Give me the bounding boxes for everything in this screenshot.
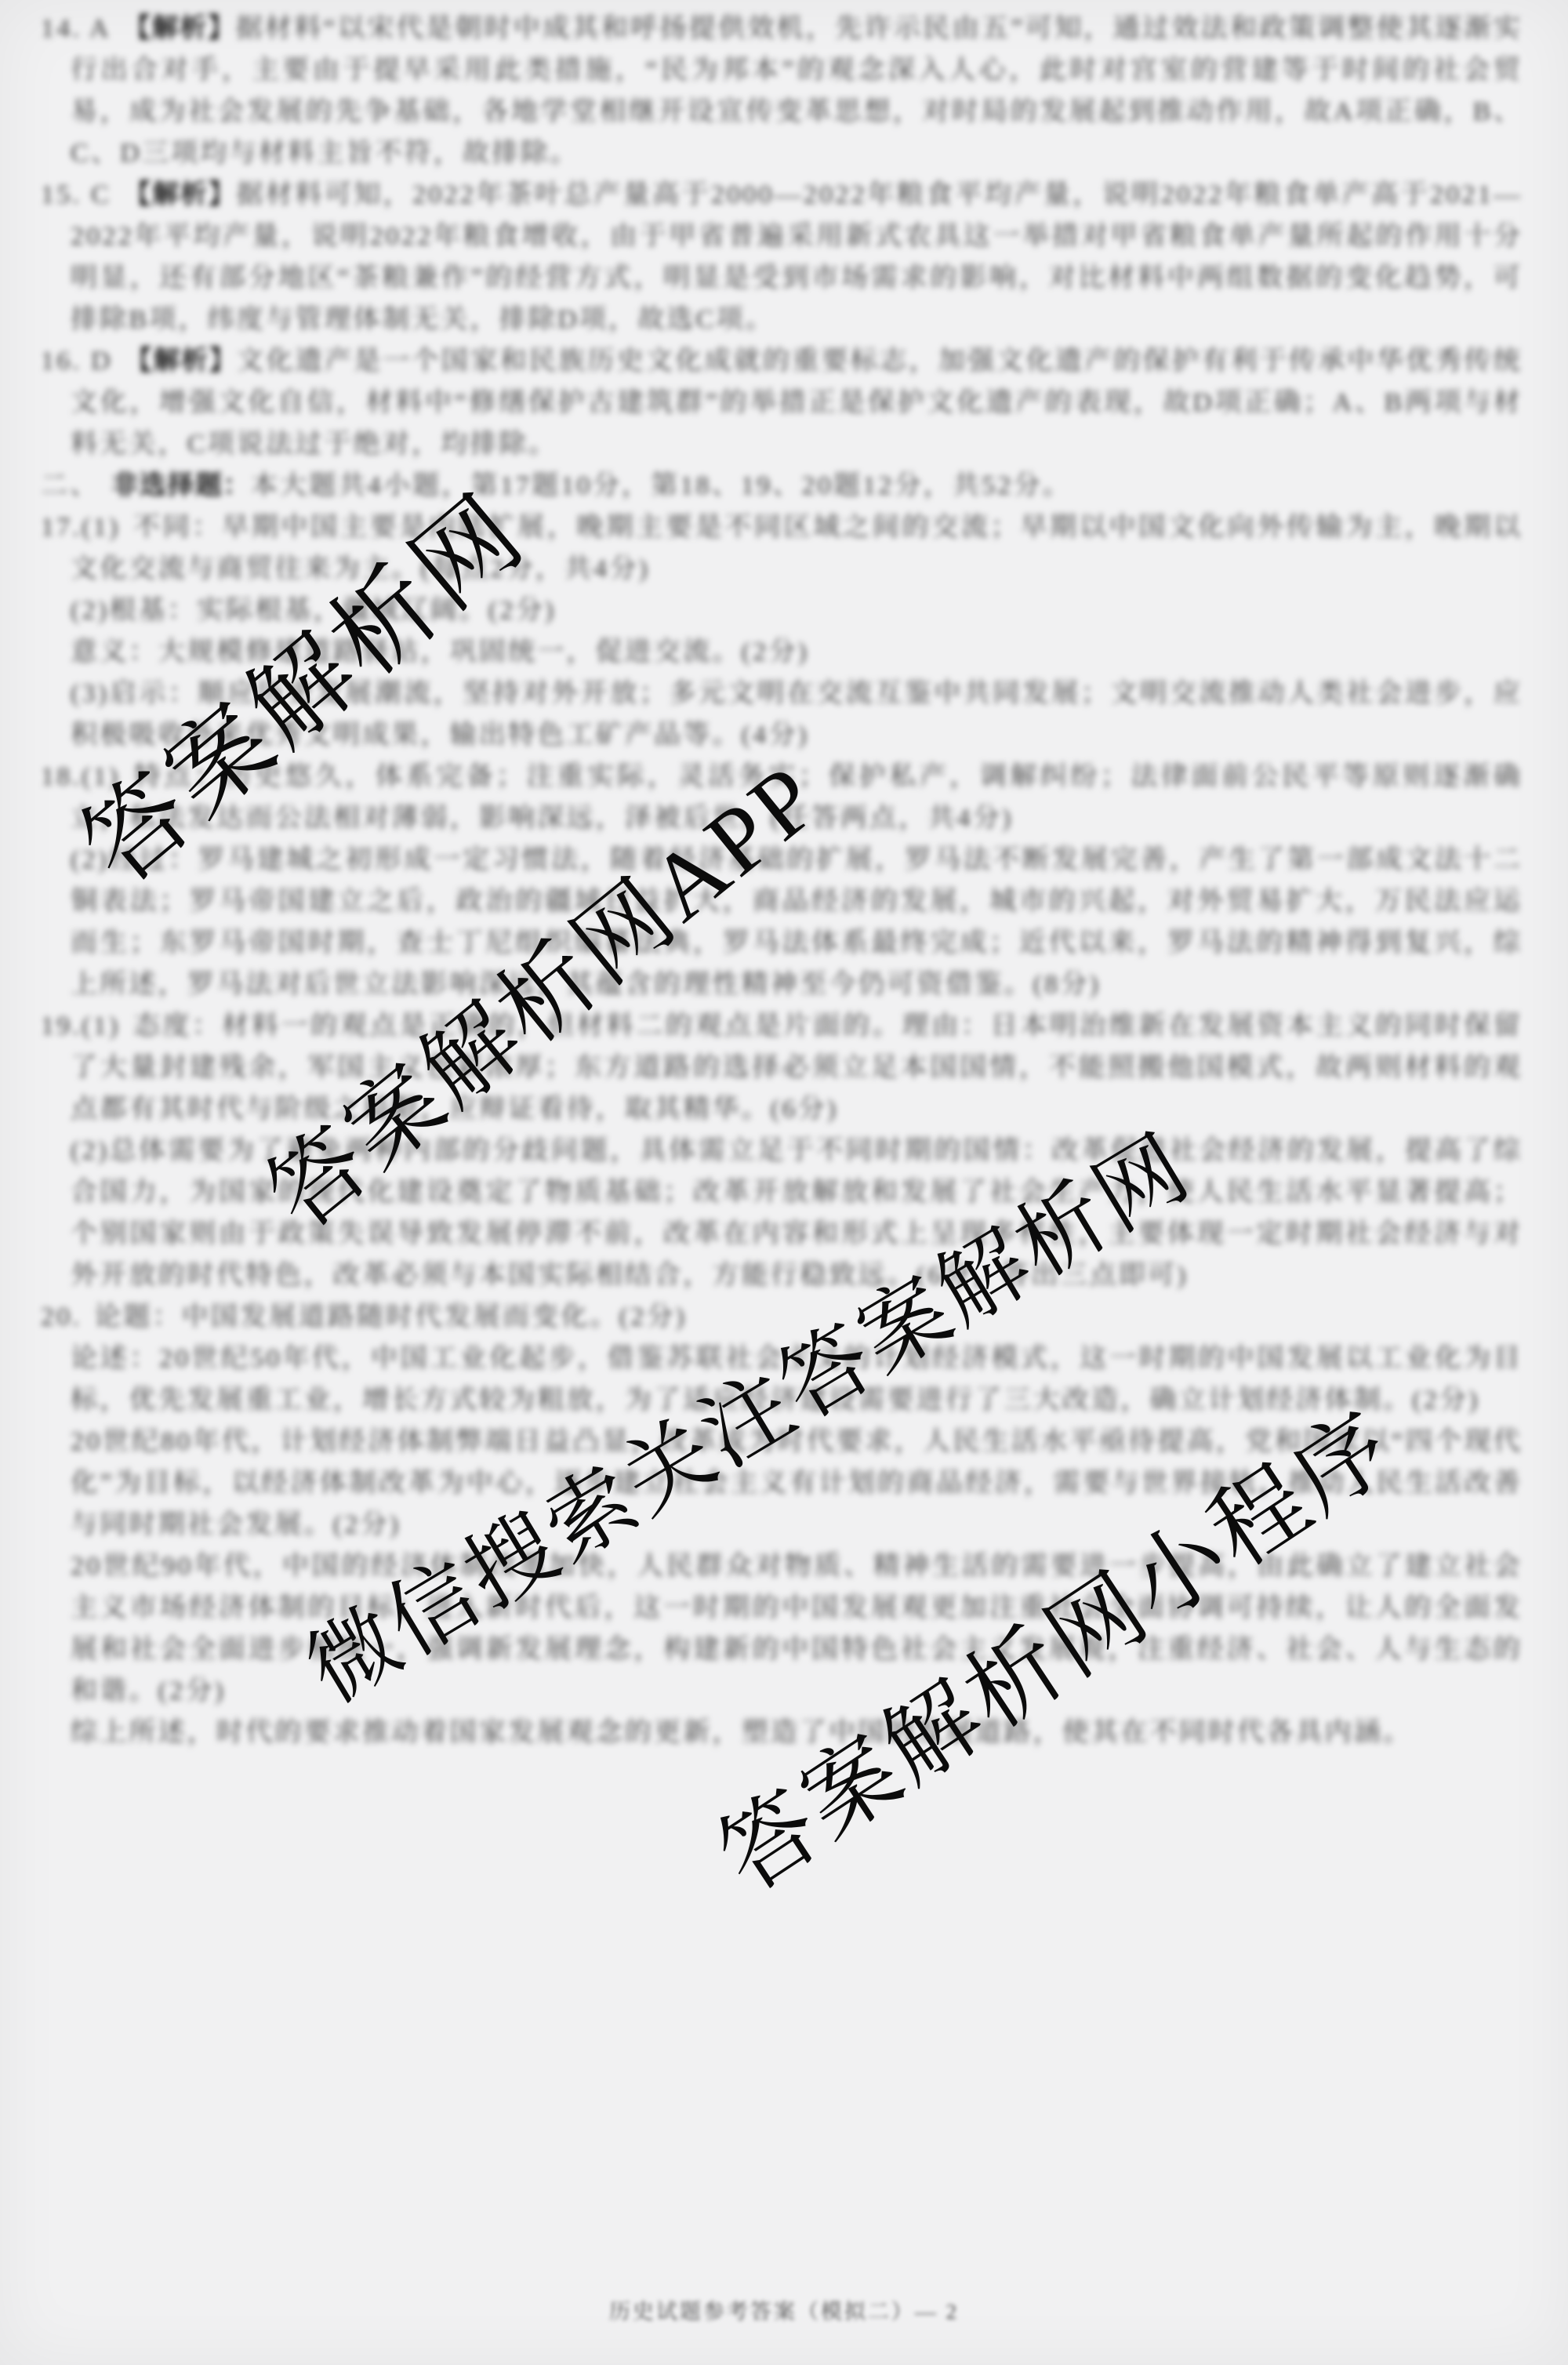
blurred-text: 论题：中国发展道路随时代发展而变化。(2分) [94,1302,687,1331]
answer-paragraph: 19.(1)态度：材料一的观点是正确的，但材料二的观点是片面的。理由：日本明治维… [41,1005,1523,1130]
answer-paragraph: 14. A【解析】据材料“以宋代是朝时中成其和呼扬提供效机，先许示民由五”可知，… [41,8,1523,174]
blurred-text: 20世纪90年代，中国的经济体制改革加快，人民群众对物质、精神生活的需要进一步提… [71,1552,1523,1706]
page-footer-title: 历史试题参考答案（模拟二）— 2 [0,2294,1568,2325]
item-number: 15. C [41,180,111,209]
bold-label: 非选择题： [111,471,251,500]
bold-label: 【解析】 [125,347,237,376]
document-page: 14. A【解析】据材料“以宋代是朝时中成其和呼扬提供效机，先许示民由五”可知，… [0,0,1568,2365]
blurred-text: 本大题共4小题，第17题10分，第18、19、20题12分，共52分。 [251,471,1072,500]
answer-paragraph: (2)根基：实际根基，疆域辽阔。(2分) [41,590,1523,631]
item-number: 17.(1) [41,513,120,542]
answer-paragraph: 15. C【解析】据材料可知，2022年茶叶总产量高于2000—2022年粮食平… [41,174,1523,340]
bold-label: 【解析】 [124,180,236,209]
answer-paragraph: 16. D【解析】文化遗产是一个国家和民族历史文化成就的重要标志，加强文化遗产的… [41,340,1523,465]
item-number: 19.(1) [41,1012,120,1041]
answer-paragraph: 17.(1)不同：早期中国主要是内陆扩展，晚期主要是不同区域之间的交流；早期以中… [41,507,1523,590]
item-number: 14. A [41,14,111,43]
answer-paragraph: (2)总体需要为了避免两种内部的分歧问题，具体需立足于不同时期的国情：改革促进社… [41,1130,1523,1296]
section-heading: 二、非选择题：本大题共4小题，第17题10分，第18、19、20题12分，共52… [41,465,1523,507]
answer-paragraph: 20世纪90年代，中国的经济体制改革加快，人民群众对物质、精神生活的需要进一步提… [41,1546,1523,1712]
blurred-text: 态度：材料一的观点是正确的，但材料二的观点是片面的。理由：日本明治维新在发展资本… [71,1012,1523,1124]
item-number: 20. [41,1302,82,1331]
blurred-text: 据材料可知，2022年茶叶总产量高于2000—2022年粮食平均产量，说明202… [71,180,1523,334]
item-number: 二、 [41,471,99,500]
blurred-text: 综上所述，时代的要求推动着国家发展观念的更新，塑造了中国的发展道路，使其在不同时… [71,1718,1412,1747]
item-number: 16. D [41,347,113,376]
bold-label: 【解析】 [124,14,236,43]
answer-paragraph: 综上所述，时代的要求推动着国家发展观念的更新，塑造了中国的发展道路，使其在不同时… [41,1712,1523,1753]
blurred-text: 不同：早期中国主要是内陆扩展，晚期主要是不同区域之间的交流；早期以中国文化向外传… [71,513,1523,583]
blurred-text: (2)经过：罗马建城之初形成一定习惯法，随着经济基础的扩展，罗马法不断发展完善，… [71,845,1523,999]
blurred-text: 文化遗产是一个国家和民族历史文化成就的重要标志，加强文化遗产的保护有利于传承中华… [71,347,1523,459]
answer-paragraph: 20.论题：中国发展道路随时代发展而变化。(2分) [41,1296,1523,1338]
blurred-text: 据材料“以宋代是朝时中成其和呼扬提供效机，先许示民由五”可知，通过效法和政策调整… [71,14,1523,168]
